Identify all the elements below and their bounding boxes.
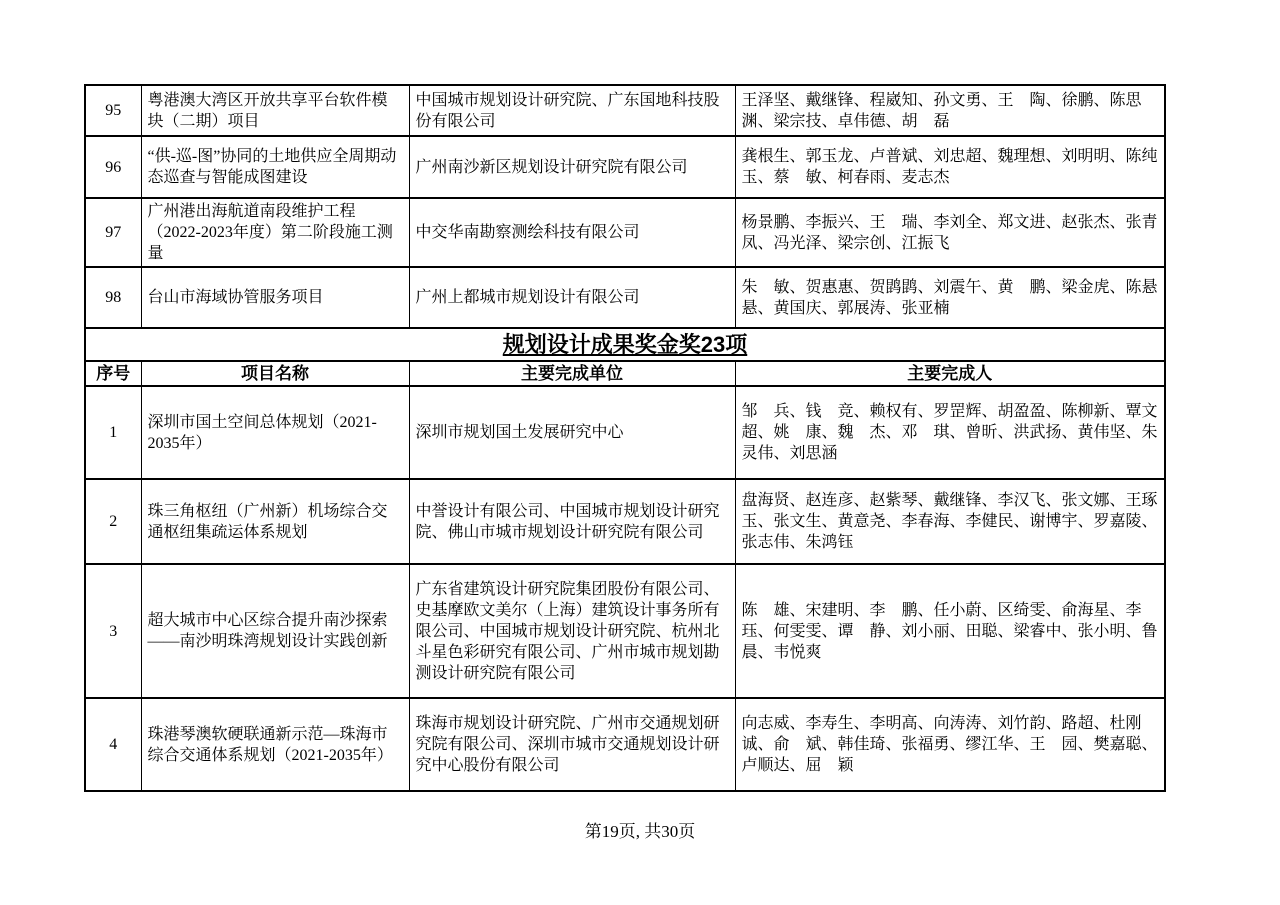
cell-project: 珠三角枢纽（广州新）机场综合交通枢纽集疏运体系规划 (141, 479, 409, 564)
cell-people: 盘海贤、赵连彦、赵紫琴、戴继锋、李汉飞、张文娜、王琢玉、张文生、黄意尧、李春海、… (735, 479, 1165, 564)
cell-people: 王泽坚、戴继锋、程崴知、孙文勇、王 陶、徐鹏、陈思渊、梁宗技、卓伟德、胡 磊 (735, 85, 1165, 136)
cell-people: 杨景鹏、李振兴、王 瑞、李刘全、郑文进、赵张杰、张青凤、冯光泽、梁宗创、江振飞 (735, 198, 1165, 267)
cell-index: 3 (85, 564, 141, 698)
cell-people: 龚根生、郭玉龙、卢普斌、刘忠超、魏理想、刘明明、陈纯玉、蔡 敏、柯春雨、麦志杰 (735, 136, 1165, 198)
cell-project: 深圳市国土空间总体规划（2021-2035年） (141, 386, 409, 479)
page-number-footer: 第19页, 共30页 (0, 817, 1280, 842)
cell-org: 深圳市规划国土发展研究中心 (409, 386, 735, 479)
cell-index: 96 (85, 136, 141, 198)
table-row-96: 96 “供-巡-图”协同的土地供应全周期动态巡查与智能成图建设 广州南沙新区规划… (85, 136, 1165, 198)
cell-org: 广州南沙新区规划设计研究院有限公司 (409, 136, 735, 198)
section-title-row: 规划设计成果奖金奖23项 (85, 328, 1165, 361)
table-row-gold-4: 4 珠港琴澳软硬联通新示范—珠海市综合交通体系规划（2021-2035年） 珠海… (85, 698, 1165, 791)
cell-index: 97 (85, 198, 141, 267)
cell-org: 中誉设计有限公司、中国城市规划设计研究院、佛山市城市规划设计研究院有限公司 (409, 479, 735, 564)
cell-project: 台山市海域协管服务项目 (141, 267, 409, 328)
table-row-95: 95 粤港澳大湾区开放共享平台软件模块（二期）项目 中国城市规划设计研究院、广东… (85, 85, 1165, 136)
cell-people: 朱 敏、贺惠惠、贺鹍鹍、刘震午、黄 鹏、梁金虎、陈悬悬、黄国庆、郭展涛、张亚楠 (735, 267, 1165, 328)
award-table: 95 粤港澳大湾区开放共享平台软件模块（二期）项目 中国城市规划设计研究院、广东… (84, 84, 1166, 792)
cell-index: 4 (85, 698, 141, 791)
cell-org: 中国城市规划设计研究院、广东国地科技股份有限公司 (409, 85, 735, 136)
column-header-project: 项目名称 (141, 361, 409, 386)
cell-people: 向志威、李寿生、李明高、向涛涛、刘竹韵、路超、杜刚诚、俞 斌、韩佳琦、张福勇、缪… (735, 698, 1165, 791)
table-row-gold-2: 2 珠三角枢纽（广州新）机场综合交通枢纽集疏运体系规划 中誉设计有限公司、中国城… (85, 479, 1165, 564)
cell-project: 粤港澳大湾区开放共享平台软件模块（二期）项目 (141, 85, 409, 136)
column-header-people: 主要完成人 (735, 361, 1165, 386)
cell-people: 陈 雄、宋建明、李 鹏、任小蔚、区绮雯、俞海星、李 珏、何雯雯、谭 静、刘小丽、… (735, 564, 1165, 698)
cell-project: 珠港琴澳软硬联通新示范—珠海市综合交通体系规划（2021-2035年） (141, 698, 409, 791)
table-row-gold-3: 3 超大城市中心区综合提升南沙探索——南沙明珠湾规划设计实践创新 广东省建筑设计… (85, 564, 1165, 698)
cell-org: 广东省建筑设计研究院集团股份有限公司、史基摩欧文美尔（上海）建筑设计事务所有限公… (409, 564, 735, 698)
document-page: 95 粤港澳大湾区开放共享平台软件模块（二期）项目 中国城市规划设计研究院、广东… (0, 0, 1280, 905)
cell-index: 95 (85, 85, 141, 136)
table-row-gold-1: 1 深圳市国土空间总体规划（2021-2035年） 深圳市规划国土发展研究中心 … (85, 386, 1165, 479)
table-header-row: 序号 项目名称 主要完成单位 主要完成人 (85, 361, 1165, 386)
section-title: 规划设计成果奖金奖23项 (85, 328, 1165, 361)
cell-org: 珠海市规划设计研究院、广州市交通规划研究院有限公司、深圳市城市交通规划设计研究中… (409, 698, 735, 791)
cell-org: 中交华南勘察测绘科技有限公司 (409, 198, 735, 267)
cell-index: 2 (85, 479, 141, 564)
cell-project: 广州港出海航道南段维护工程（2022-2023年度）第二阶段施工测量 (141, 198, 409, 267)
table-row-98: 98 台山市海域协管服务项目 广州上都城市规划设计有限公司 朱 敏、贺惠惠、贺鹍… (85, 267, 1165, 328)
cell-org: 广州上都城市规划设计有限公司 (409, 267, 735, 328)
column-header-index: 序号 (85, 361, 141, 386)
cell-project: 超大城市中心区综合提升南沙探索——南沙明珠湾规划设计实践创新 (141, 564, 409, 698)
table-row-97: 97 广州港出海航道南段维护工程（2022-2023年度）第二阶段施工测量 中交… (85, 198, 1165, 267)
cell-index: 98 (85, 267, 141, 328)
cell-people: 邹 兵、钱 竞、赖权有、罗罡辉、胡盈盈、陈柳新、覃文超、姚 康、魏 杰、邓 琪、… (735, 386, 1165, 479)
column-header-org: 主要完成单位 (409, 361, 735, 386)
cell-project: “供-巡-图”协同的土地供应全周期动态巡查与智能成图建设 (141, 136, 409, 198)
cell-index: 1 (85, 386, 141, 479)
